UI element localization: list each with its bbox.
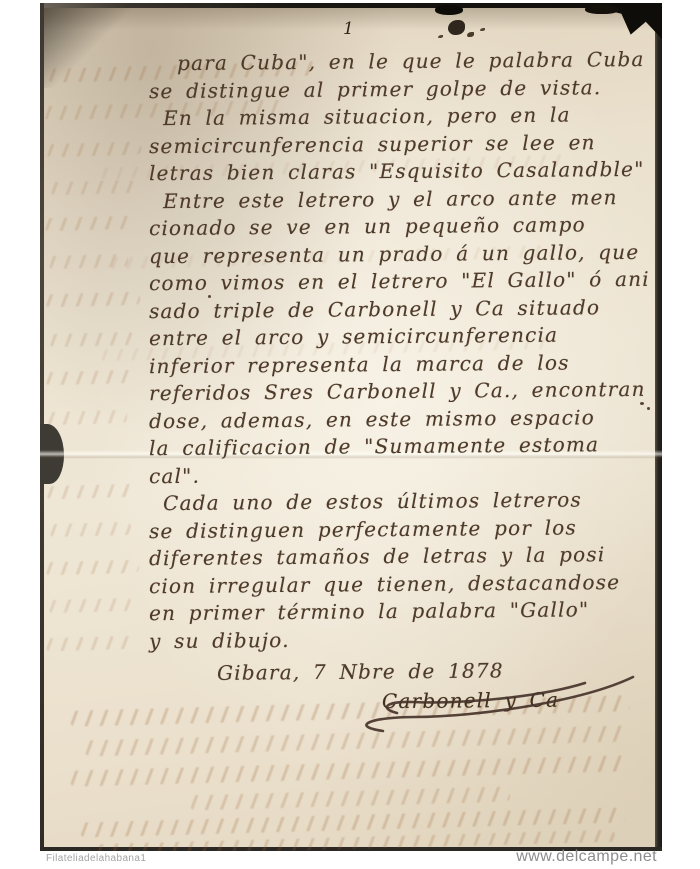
- handwritten-line: se distinguen perfectamente por los: [149, 513, 650, 545]
- show-through-band: [50, 180, 135, 195]
- photo-top-edge: [40, 3, 662, 8]
- handwritten-line: referidos Sres Carbonell y Ca., encontra…: [149, 376, 650, 408]
- handwritten-line: dose, ademas, en este mismo espacio: [149, 403, 650, 435]
- handwritten-line: y su dibujo.: [149, 623, 650, 655]
- screenshot: 1 para Cuba", en le que le p: [0, 0, 700, 869]
- page-number-mark: 1: [343, 19, 354, 39]
- watermark-left: Filateliadelahabana1: [46, 853, 146, 864]
- show-through-band: [70, 755, 625, 786]
- handwritten-line: sado triple de Carbonell y Ca situado: [149, 293, 650, 325]
- watermark-right: www.delcampe.net: [516, 848, 657, 866]
- show-through-band: [46, 484, 138, 500]
- edge-tear-mark: [435, 5, 463, 15]
- handwritten-line: para Cuba", en le que le palabra Cuba: [177, 46, 650, 78]
- show-through-band: [49, 332, 134, 347]
- handwritten-line: Entre este letrero y el arco ante men: [163, 183, 650, 215]
- handwritten-line: en primer término la palabra "Gallo": [149, 596, 650, 628]
- handwritten-line: como vimos en el letrero "El Gallo" ó an…: [149, 266, 650, 298]
- handwritten-line: inferior representa la marca de los: [149, 348, 650, 380]
- handwritten-line: entre el arco y semicircunferencia: [149, 321, 650, 353]
- show-through-band: [48, 598, 132, 613]
- ink-blot: [448, 20, 465, 35]
- show-through-band: [49, 522, 131, 537]
- signature-flourish: [323, 671, 662, 733]
- letter-photo: 1 para Cuba", en le que le p: [40, 3, 662, 851]
- handwritten-line: diferentes tamaños de letras y la posi: [149, 541, 650, 573]
- edge-tear-mark: [585, 5, 619, 14]
- handwritten-line: En la misma situacion, pero en la: [163, 101, 650, 133]
- handwritten-line: se distingue al primer golpe de vista.: [149, 73, 650, 105]
- handwritten-line: cal".: [149, 458, 650, 490]
- show-through-band: [44, 216, 134, 232]
- letter-text: para Cuba", en le que le palabra Cuba se…: [145, 48, 650, 714]
- show-through-band: [45, 636, 135, 652]
- handwritten-line: cionado se ve en un pequeño campo: [149, 211, 650, 243]
- handwritten-line: que representa un prado á un gallo, que: [149, 238, 650, 270]
- handwritten-line: semicircunferencia superior se lee en: [149, 128, 650, 160]
- show-through-band: [45, 370, 137, 386]
- show-through-band: [47, 410, 127, 425]
- handwritten-line: la calificacion de "Sumamente estoma: [149, 431, 650, 463]
- handwritten-line: letras bien claras "Esquisito Casalandbl…: [149, 156, 650, 188]
- handwritten-line: Cada uno de estos últimos letreros: [163, 486, 650, 518]
- show-through-band: [190, 787, 510, 811]
- show-through-band: [45, 292, 140, 308]
- show-through-band: [45, 560, 139, 576]
- show-through-band: [46, 142, 141, 158]
- handwritten-line: cion irregular que tienen, destacandose: [149, 568, 650, 600]
